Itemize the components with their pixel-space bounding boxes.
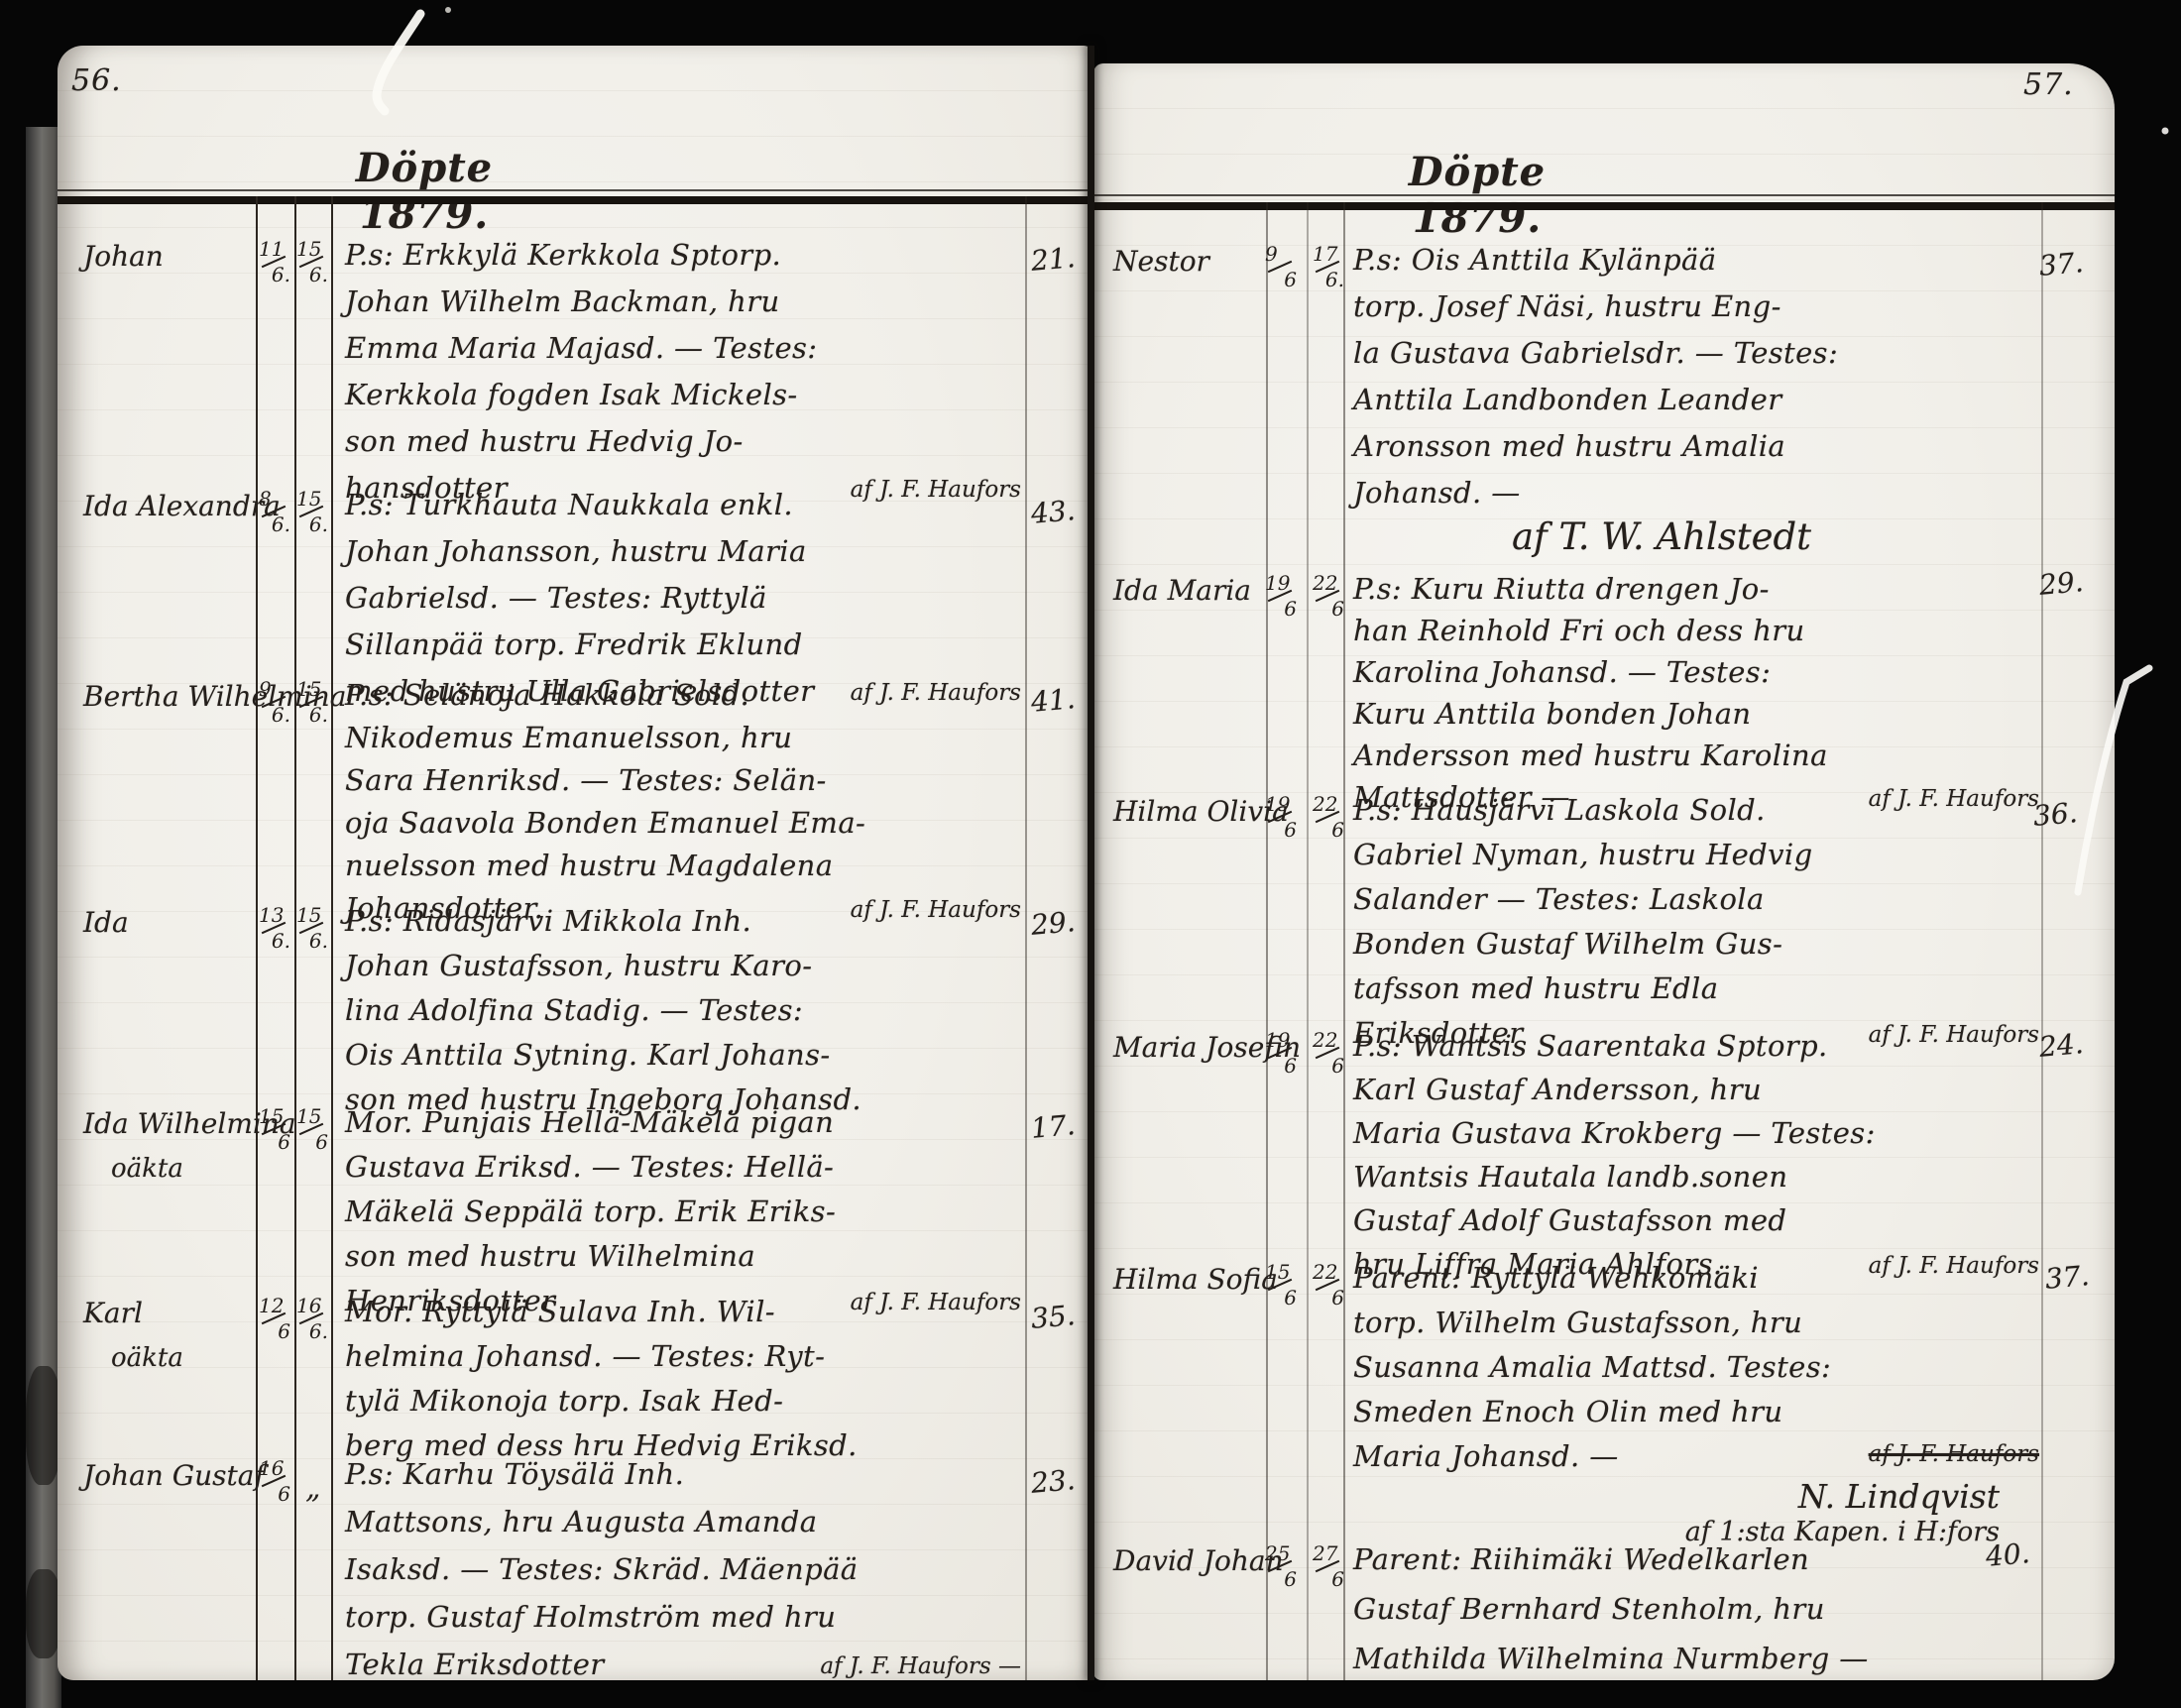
entry-line: P.s: Kuru Riutta drengen Jo- xyxy=(1353,572,2039,606)
birth-date-fraction: 156 xyxy=(1264,1263,1300,1307)
fraction-numerator: 22 xyxy=(1313,792,1337,816)
margin-number: 37. xyxy=(2044,1259,2091,1296)
birth-date-fraction: 96 xyxy=(1264,245,1300,288)
column-line xyxy=(1025,196,1027,1680)
entry-line: Johansd. — xyxy=(1353,476,2039,510)
entry-line: Anttila Landbonden Leander xyxy=(1353,383,2039,416)
entry-line: Emma Maria Majasd. — Testes: xyxy=(345,331,1021,365)
entry-line: Nikodemus Emanuelsson, hru xyxy=(345,721,1021,754)
entry-line: Salander — Testes: Laskola xyxy=(1353,882,2039,916)
entry-line: nuelsson med hustru Magdalena xyxy=(345,849,1021,882)
fraction-denominator: 6. xyxy=(272,263,290,286)
header-rule-thin xyxy=(57,189,1093,191)
entry-line: Maria Gustava Krokberg — Testes: xyxy=(1353,1116,2039,1150)
fraction-numerator: 13 xyxy=(259,903,284,927)
film-edge-shadow xyxy=(26,1569,61,1658)
baptism-date-fraction: 226 xyxy=(1312,1031,1347,1075)
margin-number: 23. xyxy=(1030,1463,1077,1500)
margin-number: 21. xyxy=(1030,241,1077,278)
fraction-denominator: 6 xyxy=(1331,1054,1344,1078)
entry-name: Ida Maria xyxy=(1113,574,1251,607)
entry-line: oja Saavola Bonden Emanuel Ema- xyxy=(345,806,1021,840)
fraction-numerator: 19 xyxy=(1265,571,1290,595)
entry-name: Johan Gustaf xyxy=(83,1459,265,1492)
column-line xyxy=(331,196,333,1680)
entry-line: Johan Johansson, hustru Maria xyxy=(345,534,1021,568)
entry-line: P.s: Karhu Töysälä Inh. xyxy=(345,1457,1021,1491)
entry-line: Gabrielsd. — Testes: Ryttylä xyxy=(345,581,1021,615)
fraction-denominator: 6. xyxy=(272,512,290,536)
entry-line: Bonden Gustaf Wilhelm Gus- xyxy=(1353,927,2039,961)
birth-date-fraction: 196 xyxy=(1264,795,1300,839)
baptism-date-fraction: 156 xyxy=(295,1107,331,1151)
fraction-denominator: 6 xyxy=(1284,597,1297,621)
margin-number: 24. xyxy=(2038,1027,2085,1064)
entry-line: la Gustava Gabrielsdr. — Testes: xyxy=(1353,336,2039,370)
margin-number: 36. xyxy=(2032,796,2079,833)
fraction-denominator: 6. xyxy=(309,929,328,953)
fraction-denominator: 6. xyxy=(309,263,328,286)
fraction-denominator: 6. xyxy=(309,1319,328,1343)
fraction-numerator: 17 xyxy=(1313,242,1337,266)
entry-name: Nestor xyxy=(1113,245,1209,278)
baptism-date-fraction: 226 xyxy=(1312,795,1347,839)
entry-line: P.s: Wantsis Saarentaka Sptorp. xyxy=(1353,1029,2039,1063)
film-edge-shadow xyxy=(26,1366,61,1485)
entry-line: Sillanpää torp. Fredrik Eklund xyxy=(345,627,1021,661)
entry-line: P.s: Ois Anttila Kylänpää xyxy=(1353,243,2039,277)
birth-date-fraction: 136. xyxy=(258,906,293,950)
fraction-denominator: 6 xyxy=(278,1319,290,1343)
fraction-numerator: 25 xyxy=(1265,1541,1290,1565)
entry-line: torp. Wilhelm Gustafsson, hru xyxy=(1353,1306,2039,1339)
entry-line: Gustaf Bernhard Stenholm, hru xyxy=(1353,1592,2039,1626)
entry-line: Mor. Ryttylä Sulava Inh. Wil- xyxy=(345,1295,1021,1328)
fraction-numerator: 19 xyxy=(1265,792,1290,816)
entry-line: Andersson med hustru Karolina xyxy=(1353,739,2039,772)
film-edge-strip xyxy=(26,127,61,1708)
microfilm-scan: { "document": { "type": "parish baptism … xyxy=(0,0,2181,1708)
fraction-denominator: 6 xyxy=(1284,1054,1297,1078)
left-page: 56. Döpte 1879. Johan116.156.P.s: Erkkyl… xyxy=(57,46,1093,1680)
baptism-date-fraction: 166. xyxy=(295,1297,331,1340)
priest-signature: N. Lindqvist xyxy=(1353,1477,2000,1516)
entry-line: Parent: Riihimäki Wedelkarlen xyxy=(1353,1542,2039,1576)
birth-date-fraction: 196 xyxy=(1264,1031,1300,1075)
entry-line: torp. Josef Näsi, hustru Eng- xyxy=(1353,289,2039,323)
entry-line: P.s: Hausjärvi Laskola Sold. xyxy=(1353,793,2039,827)
fraction-denominator: 6 xyxy=(1331,597,1344,621)
margin-number: 29. xyxy=(2038,565,2085,602)
baptism-date-fraction: 226 xyxy=(1312,574,1347,618)
entry-line: Susanna Amalia Mattsd. Testes: xyxy=(1353,1350,2039,1384)
fraction-numerator: 9 xyxy=(1265,242,1278,266)
baptism-date-fraction: 226 xyxy=(1312,1263,1347,1307)
entry-line: tylä Mikonoja torp. Isak Hed- xyxy=(345,1384,1021,1418)
entry-line: Mathilda Wilhelmina Nurmberg — xyxy=(1353,1642,2039,1675)
margin-number: 17. xyxy=(1030,1108,1077,1145)
entry-line: Mattsons, hru Augusta Amanda xyxy=(345,1505,1021,1538)
fraction-denominator: 6. xyxy=(309,703,328,727)
baptism-date-fraction: 176. xyxy=(1312,245,1347,288)
fraction-numerator: 22 xyxy=(1313,1260,1337,1284)
entry-line: Johan Gustafsson, hustru Karo- xyxy=(345,949,1021,982)
header-rule-thick xyxy=(1093,202,2115,210)
entry-name: Hilma Olivia xyxy=(1113,795,1289,828)
baptism-date-fraction: „ xyxy=(305,1471,321,1506)
entry-line: son med hustru Wilhelmina xyxy=(345,1239,1021,1273)
priest-signature: af T. W. Ahlstedt xyxy=(1512,515,1811,558)
column-line xyxy=(1343,202,1345,1680)
entry-line: Wantsis Hautala landb.sonen xyxy=(1353,1160,2039,1194)
fraction-numerator: 15 xyxy=(296,487,321,511)
birth-date-fraction: 196 xyxy=(1264,574,1300,618)
entry-line: Aronsson med hustru Amalia xyxy=(1353,429,2039,463)
fraction-denominator: 6 xyxy=(1284,1286,1297,1309)
entry-line: Mäkelä Seppälä torp. Erik Eriks- xyxy=(345,1195,1021,1228)
margin-number: 37. xyxy=(2038,246,2085,283)
entry-line: P.s: Turkhauta Naukkala enkl. xyxy=(345,488,1021,521)
entry-line: Kerkkola fogden Isak Mickels- xyxy=(345,378,1021,411)
fraction-numerator: 22 xyxy=(1313,571,1337,595)
right-page: 57. Döpte 1879. Nestor96176.P.s: Ois Ant… xyxy=(1093,63,2115,1680)
entry-line: Isaksd. — Testes: Skräd. Mäenpää xyxy=(345,1552,1021,1586)
fraction-denominator: 6. xyxy=(272,929,290,953)
entry-line: P.s: Ridasjärvi Mikkola Inh. xyxy=(345,904,1021,938)
entry-name: Johan xyxy=(83,240,164,273)
fraction-denominator: 6 xyxy=(1284,1567,1297,1591)
fraction-numerator: 16 xyxy=(259,1456,284,1480)
entry-line: tafsson med hustru Edla xyxy=(1353,971,2039,1005)
entry-line: P.s: Selänoja Hakkola Sold. xyxy=(345,678,1021,712)
margin-number: 29. xyxy=(1030,905,1077,942)
baptism-date-fraction: 156. xyxy=(295,680,331,724)
margin-number: 35. xyxy=(1030,1299,1077,1335)
birth-date-fraction: 96. xyxy=(258,680,293,724)
fraction-denominator: 6 xyxy=(278,1130,290,1154)
fraction-denominator: 6 xyxy=(1331,1567,1344,1591)
scratch-mark xyxy=(2162,128,2169,135)
entry-name: David Johan xyxy=(1113,1544,1284,1577)
margin-number: 43. xyxy=(1030,494,1077,530)
priest-signature: af J. F. Haufors — xyxy=(345,1653,1021,1679)
entry-name: Ida Alexandra xyxy=(83,490,281,522)
fraction-denominator: 6. xyxy=(309,512,328,536)
fraction-numerator: 15 xyxy=(296,1104,321,1128)
header-rule-thick xyxy=(57,196,1093,204)
fraction-numerator: 16 xyxy=(296,1294,321,1317)
entry-line: Kuru Anttila bonden Johan xyxy=(1353,697,2039,731)
entry-line: Gustava Eriksd. — Testes: Hellä- xyxy=(345,1150,1021,1184)
fraction-numerator: 9 xyxy=(259,677,272,701)
birth-date-fraction: 156 xyxy=(258,1107,293,1151)
page-title: Döpte 1879. xyxy=(286,145,563,238)
entry-line: Ois Anttila Sytning. Karl Johans- xyxy=(345,1038,1021,1072)
birth-date-fraction: 86. xyxy=(258,490,293,533)
entry-line: Gabriel Nyman, hustru Hedvig xyxy=(1353,838,2039,871)
margin-number: 40. xyxy=(1985,1537,2031,1573)
fraction-numerator: 8 xyxy=(259,487,272,511)
fraction-denominator: 6 xyxy=(315,1130,328,1154)
fraction-denominator: 6. xyxy=(1325,268,1344,291)
fraction-denominator: 6 xyxy=(1284,818,1297,842)
fraction-numerator: 15 xyxy=(296,677,321,701)
fraction-denominator: 6 xyxy=(1331,1286,1344,1309)
priest-signature-struck: af J. F. Haufors xyxy=(1353,1441,2039,1467)
header-rule-thin xyxy=(1093,194,2115,196)
page-gutter xyxy=(1088,46,1094,1680)
baptism-date-fraction: 276 xyxy=(1312,1544,1347,1588)
birth-date-fraction: 126 xyxy=(258,1297,293,1340)
page-number: 56. xyxy=(71,63,122,98)
fraction-numerator: 27 xyxy=(1313,1541,1337,1565)
entry-line: Karl Gustaf Andersson, hru xyxy=(1353,1073,2039,1106)
column-line xyxy=(2041,202,2043,1680)
baptism-date-fraction: 156. xyxy=(295,906,331,950)
fraction-denominator: 6. xyxy=(272,703,290,727)
fraction-numerator: 12 xyxy=(259,1294,284,1317)
entry-line: Johan Wilhelm Backman, hru xyxy=(345,285,1021,318)
entry-line: P.s: Erkkylä Kerkkola Sptorp. xyxy=(345,238,1021,272)
entry-line: Sara Henriksd. — Testes: Selän- xyxy=(345,763,1021,797)
margin-number: 41. xyxy=(1030,682,1077,719)
entry-line: helmina Johansd. — Testes: Ryt- xyxy=(345,1339,1021,1373)
entry-line: torp. Gustaf Holmström med hru xyxy=(345,1600,1021,1634)
scratch-mark xyxy=(445,7,451,13)
entry-line: Smeden Enoch Olin med hru xyxy=(1353,1395,2039,1428)
fraction-numerator: 15 xyxy=(1265,1260,1290,1284)
entry-line: Mor. Punjais Hellä-Mäkelä pigan xyxy=(345,1105,1021,1139)
baptism-date-fraction: 156. xyxy=(295,240,331,284)
entry-line: Karolina Johansd. — Testes: xyxy=(1353,655,2039,689)
entry-line: lina Adolfina Stadig. — Testes: xyxy=(345,993,1021,1027)
fraction-numerator: 15 xyxy=(259,1104,284,1128)
baptism-date-fraction: 156. xyxy=(295,490,331,533)
fraction-numerator: 19 xyxy=(1265,1028,1290,1052)
birth-date-fraction: 116. xyxy=(258,240,293,284)
entry-line: han Reinhold Fri och dess hru xyxy=(1353,614,2039,647)
page-number: 57. xyxy=(2023,67,2074,102)
fraction-denominator: 6 xyxy=(278,1482,290,1506)
birth-date-fraction: 166 xyxy=(258,1459,293,1503)
column-line xyxy=(1266,202,1268,1680)
entry-name: Karl xyxy=(83,1297,143,1329)
column-line xyxy=(1307,202,1309,1680)
fraction-denominator: 6 xyxy=(1331,818,1344,842)
fraction-numerator: 15 xyxy=(296,903,321,927)
fraction-denominator: 6 xyxy=(1284,268,1297,291)
entry-line: Parent: Ryttylä Wehkomäki xyxy=(1353,1261,2039,1295)
entry-line: son med hustru Hedvig Jo- xyxy=(345,424,1021,458)
entry-name-secondary: oäkta xyxy=(111,1343,183,1373)
birth-date-fraction: 256 xyxy=(1264,1544,1300,1588)
fraction-numerator: 15 xyxy=(296,237,321,261)
entry-name: Ida xyxy=(83,906,129,939)
entry-line: Gustaf Adolf Gustafsson med xyxy=(1353,1203,2039,1237)
fraction-numerator: 11 xyxy=(259,237,284,261)
fraction-numerator: 22 xyxy=(1313,1028,1337,1052)
entry-name-secondary: oäkta xyxy=(111,1154,183,1184)
entry-name: Hilma Sofia xyxy=(1113,1263,1278,1296)
